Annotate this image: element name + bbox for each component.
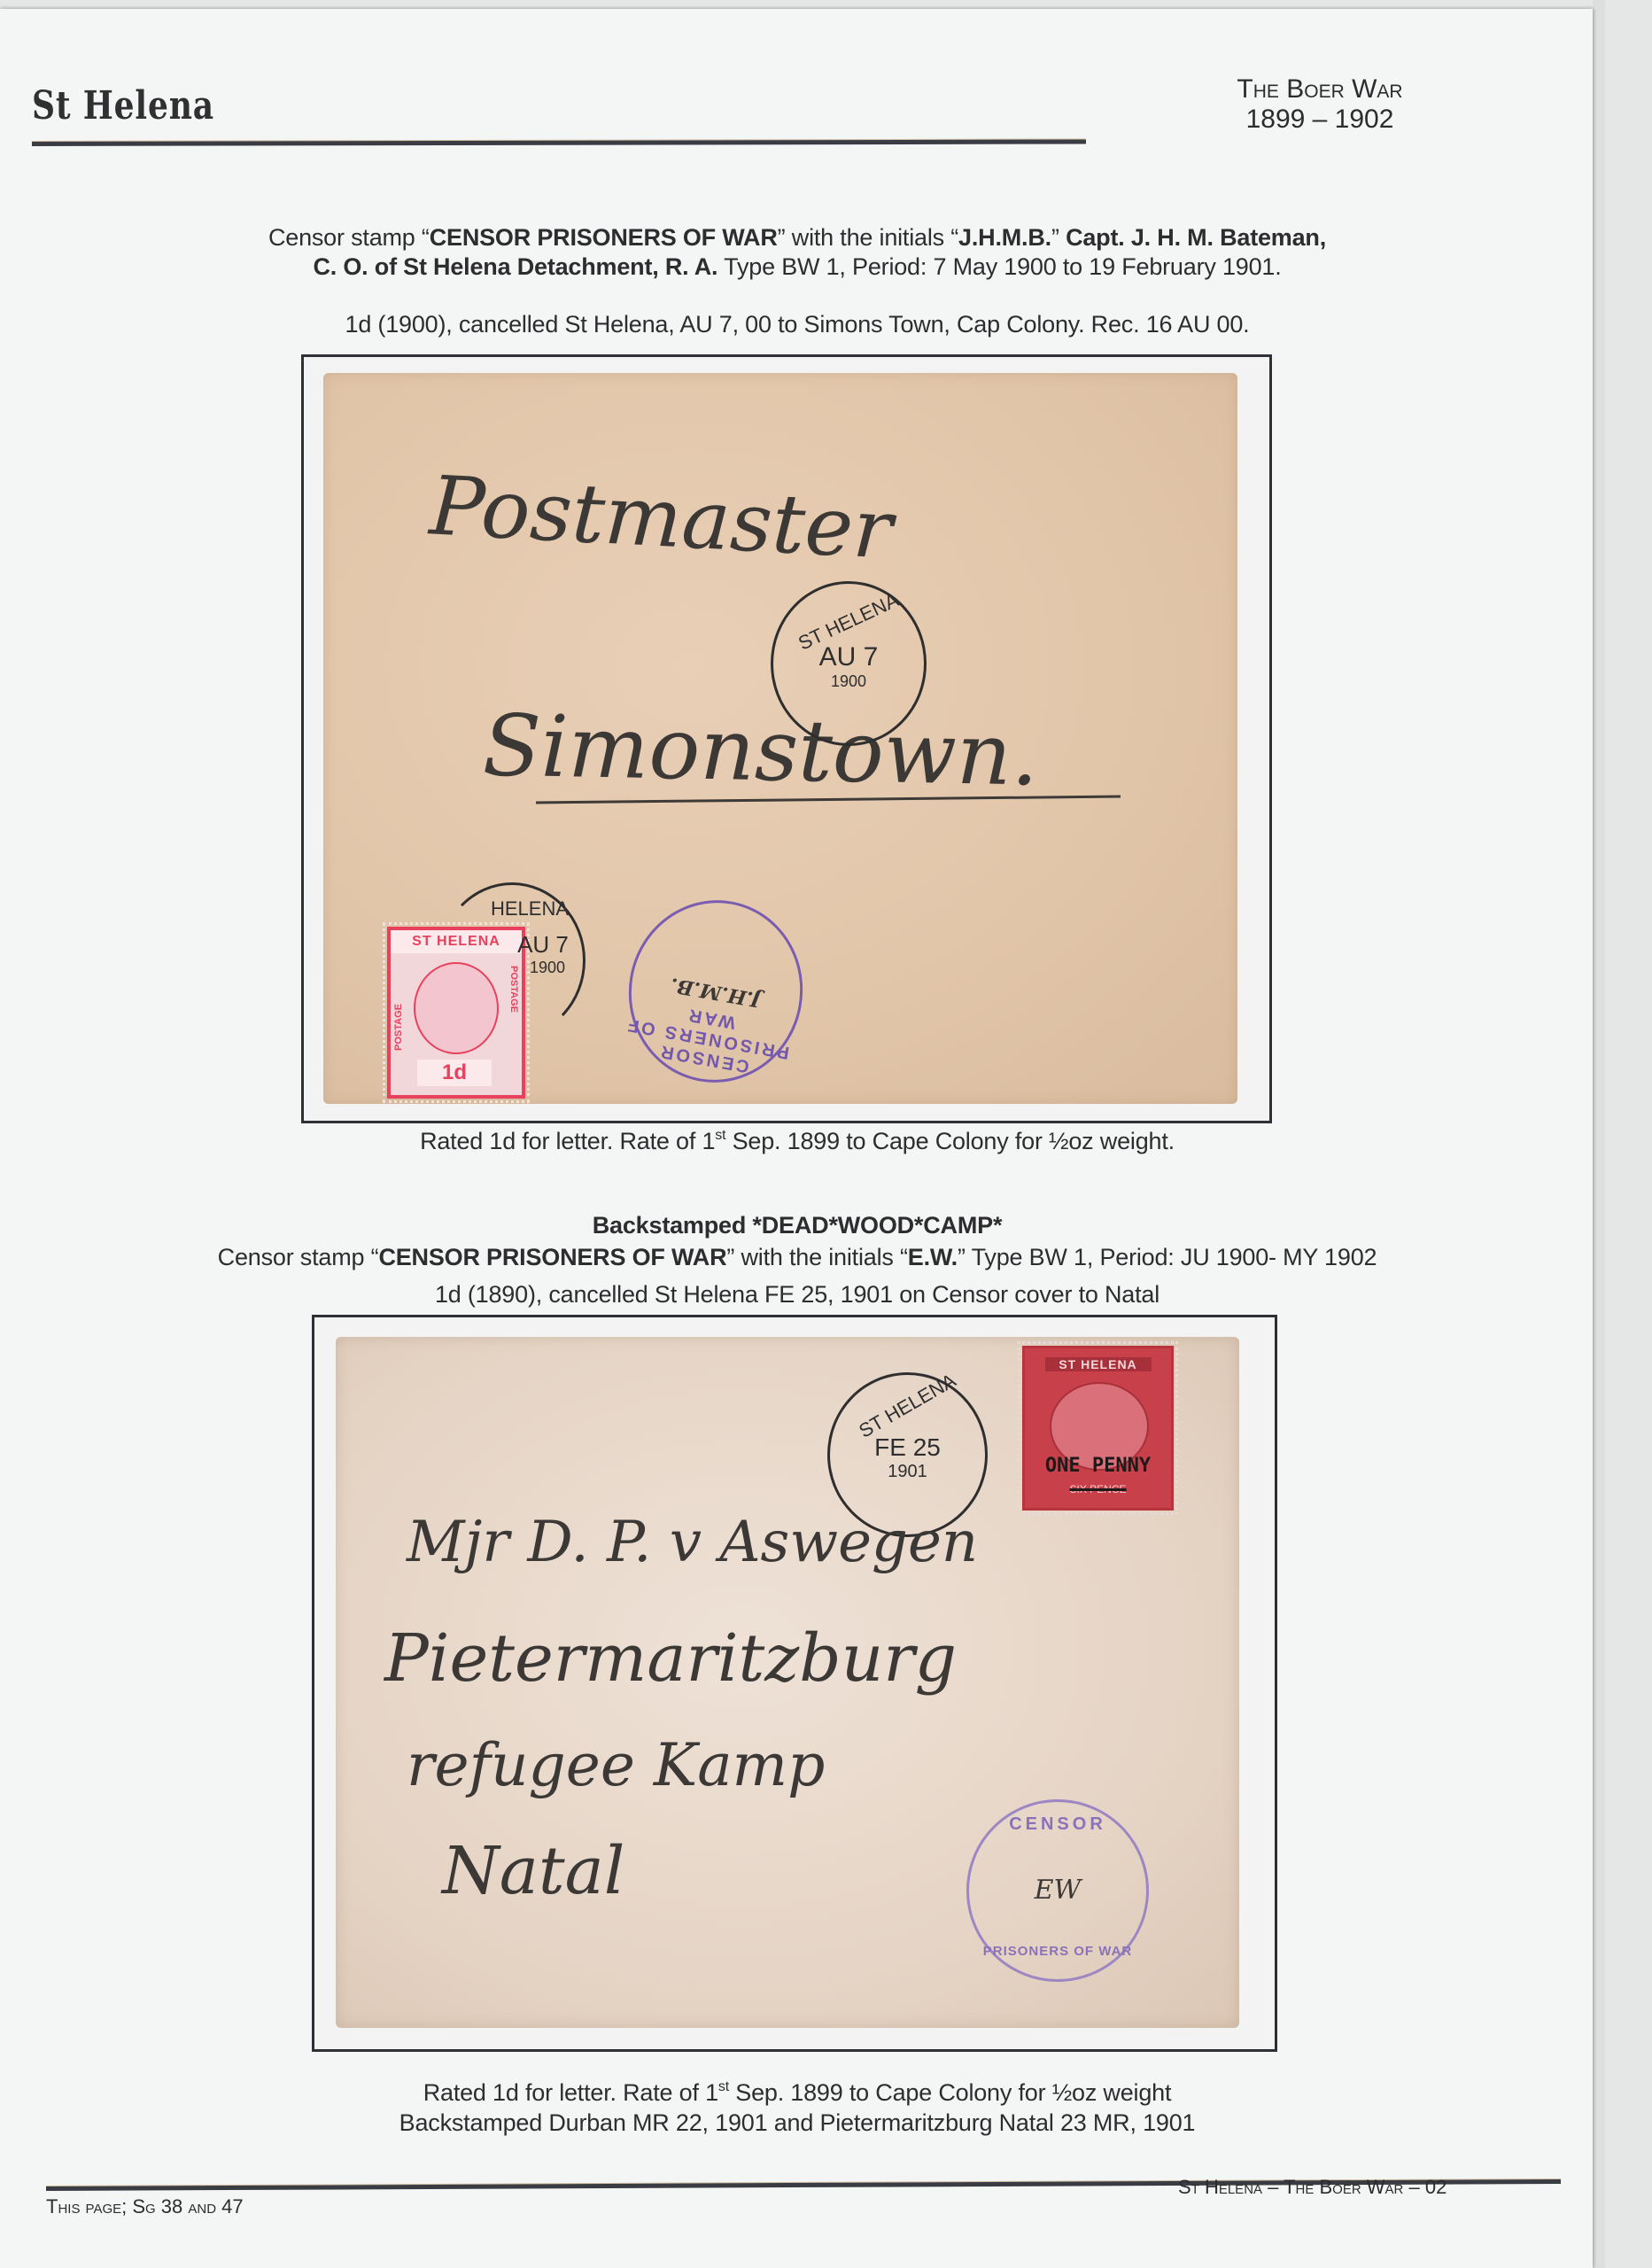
cover2-envelope: ST HELENA FE 25 1901 ST HELENA ONE PENNY… — [336, 1337, 1239, 2028]
subtitle-years: 1899 – 1902 — [1187, 105, 1453, 135]
cover1-censor-mark: CENSOR PRISONERS OF WAR J.H.M.B. — [615, 887, 818, 1097]
header-rule — [32, 140, 1086, 146]
cover1-description-line1: Censor stamp “CENSOR PRISONERS OF WAR” w… — [133, 223, 1462, 252]
page-subtitle: The Boer War 1899 – 1902 — [1187, 74, 1453, 135]
cover2-heading: Backstamped *DEAD*WOOD*CAMP* — [133, 1211, 1462, 1240]
album-page: St Helena The Boer War 1899 – 1902 Censo… — [0, 9, 1593, 2268]
cover2-address-line4: Natal — [442, 1833, 624, 1909]
cover2-postal-info: 1d (1890), cancelled St Helena FE 25, 19… — [133, 1280, 1462, 1309]
cover2-censor-mark: CENSOR EW PRISONERS OF WAR — [966, 1799, 1149, 1982]
cover1-postmark-top: ST HELENA AU 7 1900 — [771, 581, 927, 746]
cover2-description: Censor stamp “CENSOR PRISONERS OF WAR” w… — [89, 1243, 1506, 1272]
cover1-postal-info: 1d (1900), cancelled St Helena, AU 7, 00… — [133, 310, 1462, 339]
cover2-stamp: ST HELENA ONE PENNY SIX PENCE — [1022, 1346, 1174, 1511]
subtitle-topic: The Boer War — [1187, 74, 1453, 105]
footer-page-ref: St Helena – The Boer War – 02 — [1178, 2176, 1446, 2199]
cover2-address-line3: refugee Kamp — [407, 1731, 825, 1799]
page-edge — [1593, 0, 1605, 2268]
cover1-description: Censor stamp “CENSOR PRISONERS OF WAR” w… — [133, 223, 1462, 282]
cover1-postmark-stamp: HELENA AU 7 1900 — [438, 882, 586, 1038]
cover1-envelope: Postmaster Simonstown. ST HELENA AU 7 19… — [323, 373, 1237, 1104]
cover1-address-line2: Simonstown. — [482, 696, 1039, 805]
cover1-description-line2: C. O. of St Helena Detachment, R. A. Typ… — [133, 252, 1462, 282]
footer-catalogue-ref: This page; Sg 38 and 47 — [46, 2195, 244, 2218]
cover1-frame: Postmaster Simonstown. ST HELENA AU 7 19… — [301, 354, 1272, 1123]
cover2-address-line1: Mjr D. P. v Aswegen — [407, 1510, 978, 1575]
cover2-rating: Rated 1d for letter. Rate of 1st Sep. 18… — [266, 2078, 1329, 2108]
cover1-rating: Rated 1d for letter. Rate of 1st Sep. 18… — [266, 1127, 1329, 1156]
cover2-address-line2: Pietermaritzburg — [384, 1620, 957, 1697]
cover2-frame: ST HELENA FE 25 1901 ST HELENA ONE PENNY… — [312, 1315, 1277, 2052]
overprint: ONE PENNY — [1025, 1455, 1171, 1477]
cover1-address-line1: Postmaster — [428, 458, 895, 577]
page-title: St Helena — [32, 83, 214, 128]
cover2-backstamp-info: Backstamped Durban MR 22, 1901 and Piete… — [221, 2109, 1373, 2138]
